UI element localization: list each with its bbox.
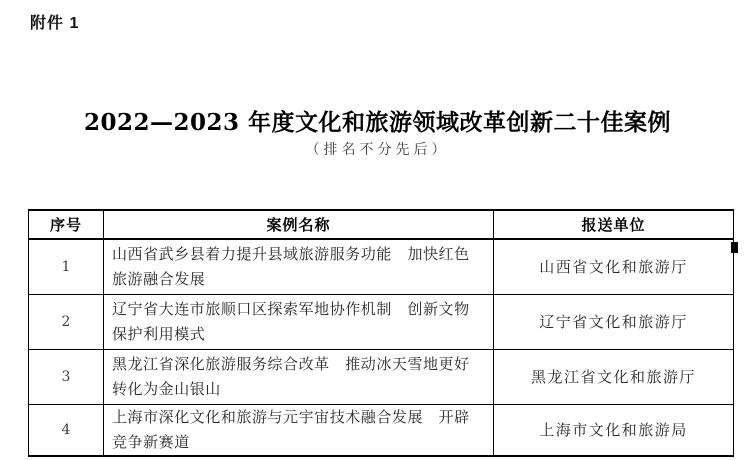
document-page: 附件 1 2022—2023 年度文化和旅游领域改革创新二十佳案例 （排名不分先…: [0, 0, 755, 460]
row-case-name: 黑龙江省深化旅游服务综合改革 推动冰天雪地更好转化为金山银山: [104, 349, 494, 404]
row-unit: 上海市文化和旅游局: [494, 404, 734, 456]
cases-table: 序号 案例名称 报送单位 1 山西省武乡县着力提升县域旅游服务功能 加快红色旅游…: [28, 209, 734, 457]
row-unit: 黑龙江省文化和旅游厅: [494, 349, 734, 404]
row-unit: 辽宁省文化和旅游厅: [494, 294, 734, 349]
table-row: 2 辽宁省大连市旅顺口区探索军地协作机制 创新文物保护利用模式 辽宁省文化和旅游…: [29, 294, 734, 349]
table-row: 4 上海市深化文化和旅游与元宇宙技术融合发展 开辟竞争新赛道 上海市文化和旅游局: [29, 404, 734, 456]
row-index: 1: [29, 239, 104, 294]
attachment-label: 附件 1: [30, 10, 79, 33]
row-index: 3: [29, 349, 104, 404]
row-case-name: 山西省武乡县着力提升县域旅游服务功能 加快红色旅游融合发展: [104, 239, 494, 294]
column-header-case-name: 案例名称: [104, 210, 494, 239]
page-subtitle: （排名不分先后）: [0, 139, 755, 159]
table-header-row: 序号 案例名称 报送单位: [29, 210, 734, 239]
table-row: 3 黑龙江省深化旅游服务综合改革 推动冰天雪地更好转化为金山银山 黑龙江省文化和…: [29, 349, 734, 404]
row-index: 2: [29, 294, 104, 349]
row-case-name: 上海市深化文化和旅游与元宇宙技术融合发展 开辟竞争新赛道: [104, 404, 494, 456]
column-header-index: 序号: [29, 210, 104, 239]
column-header-unit: 报送单位: [494, 210, 734, 239]
row-unit: 山西省文化和旅游厅: [494, 239, 734, 294]
row-case-name: 辽宁省大连市旅顺口区探索军地协作机制 创新文物保护利用模式: [104, 294, 494, 349]
table-row: 1 山西省武乡县着力提升县域旅游服务功能 加快红色旅游融合发展 山西省文化和旅游…: [29, 239, 734, 294]
page-title: 2022—2023 年度文化和旅游领域改革创新二十佳案例: [0, 104, 755, 137]
row-index: 4: [29, 404, 104, 456]
scan-artifact-mark: [731, 242, 738, 253]
